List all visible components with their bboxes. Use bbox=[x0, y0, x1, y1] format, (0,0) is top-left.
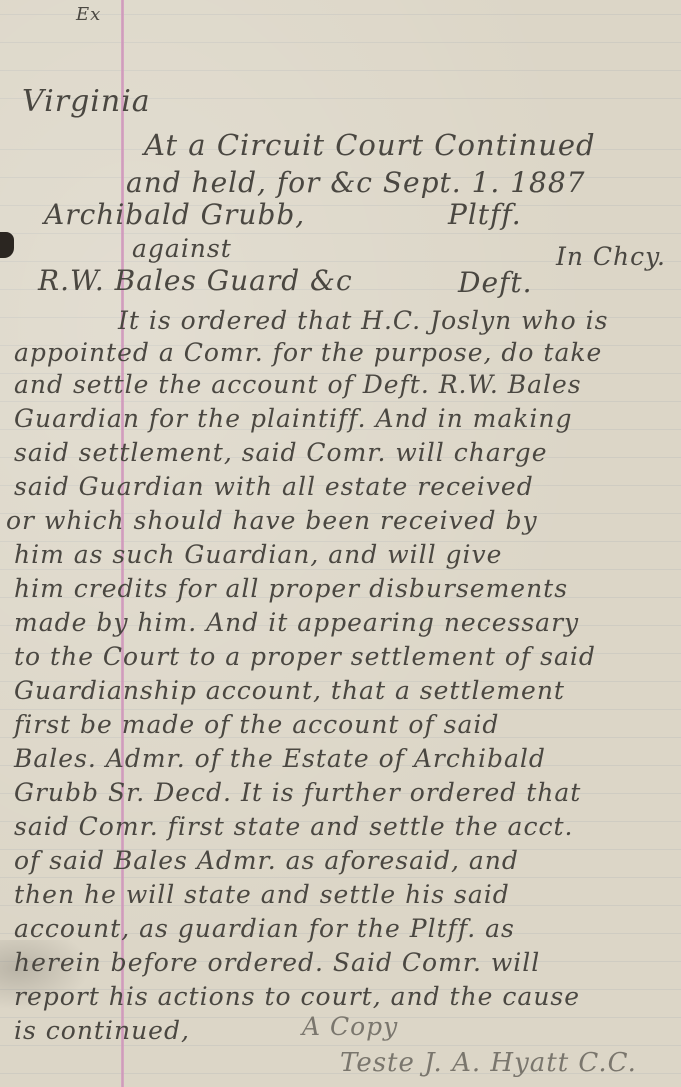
body-line: first be made of the account of said bbox=[14, 710, 499, 739]
body-line: Guardianship account, that a settlement bbox=[14, 676, 565, 705]
heading-line-2: and held, for &c Sept. 1. 1887 bbox=[126, 166, 585, 199]
body-line: herein before ordered. Said Comr. will bbox=[14, 948, 540, 977]
body-line: him credits for all proper disbursements bbox=[14, 574, 568, 603]
body-line: made by him. And it appearing necessary bbox=[14, 608, 579, 637]
plaintiff-name: Archibald Grubb, bbox=[44, 198, 305, 231]
versus-label: against bbox=[132, 234, 232, 263]
body-line: of said Bales Admr. as aforesaid, and bbox=[14, 846, 519, 875]
state-heading: Virginia bbox=[22, 84, 151, 119]
body-line: It is ordered that H.C. Joslyn who is bbox=[118, 306, 608, 335]
body-line: Grubb Sr. Decd. It is further ordered th… bbox=[14, 778, 581, 807]
body-line: then he will state and settle his said bbox=[14, 880, 510, 909]
body-line: Guardian for the plaintiff. And in makin… bbox=[14, 404, 573, 433]
defendant-label: Deft. bbox=[458, 266, 533, 299]
body-line: Bales. Admr. of the Estate of Archibald bbox=[14, 744, 546, 773]
heading-line-1: At a Circuit Court Continued bbox=[144, 128, 596, 162]
body-line: him as such Guardian, and will give bbox=[14, 540, 502, 569]
body-line: is continued, bbox=[14, 1016, 190, 1045]
body-line: to the Court to a proper settlement of s… bbox=[14, 642, 596, 671]
body-line: said Comr. first state and settle the ac… bbox=[14, 812, 573, 841]
plaintiff-label: Pltff. bbox=[448, 198, 522, 231]
case-type: In Chcy. bbox=[556, 242, 666, 271]
body-line: and settle the account of Deft. R.W. Bal… bbox=[14, 370, 582, 399]
body-line: appointed a Comr. for the purpose, do ta… bbox=[14, 338, 602, 367]
body-line: report his actions to court, and the cau… bbox=[14, 982, 580, 1011]
handwritten-court-order-page: Ex Virginia At a Circuit Court Continued… bbox=[0, 0, 681, 1087]
corner-mark: Ex bbox=[76, 4, 101, 25]
torn-edge bbox=[0, 232, 14, 258]
defendant-name: R.W. Bales Guard &c bbox=[38, 264, 353, 297]
copy-note: A Copy bbox=[302, 1012, 398, 1041]
body-line: said settlement, said Comr. will charge bbox=[14, 438, 547, 467]
body-line: account, as guardian for the Pltff. as bbox=[14, 914, 515, 943]
clerk-attestation: Teste J. A. Hyatt C.C. bbox=[340, 1048, 637, 1078]
body-line: or which should have been received by bbox=[6, 506, 538, 535]
body-line: said Guardian with all estate received bbox=[14, 472, 534, 501]
